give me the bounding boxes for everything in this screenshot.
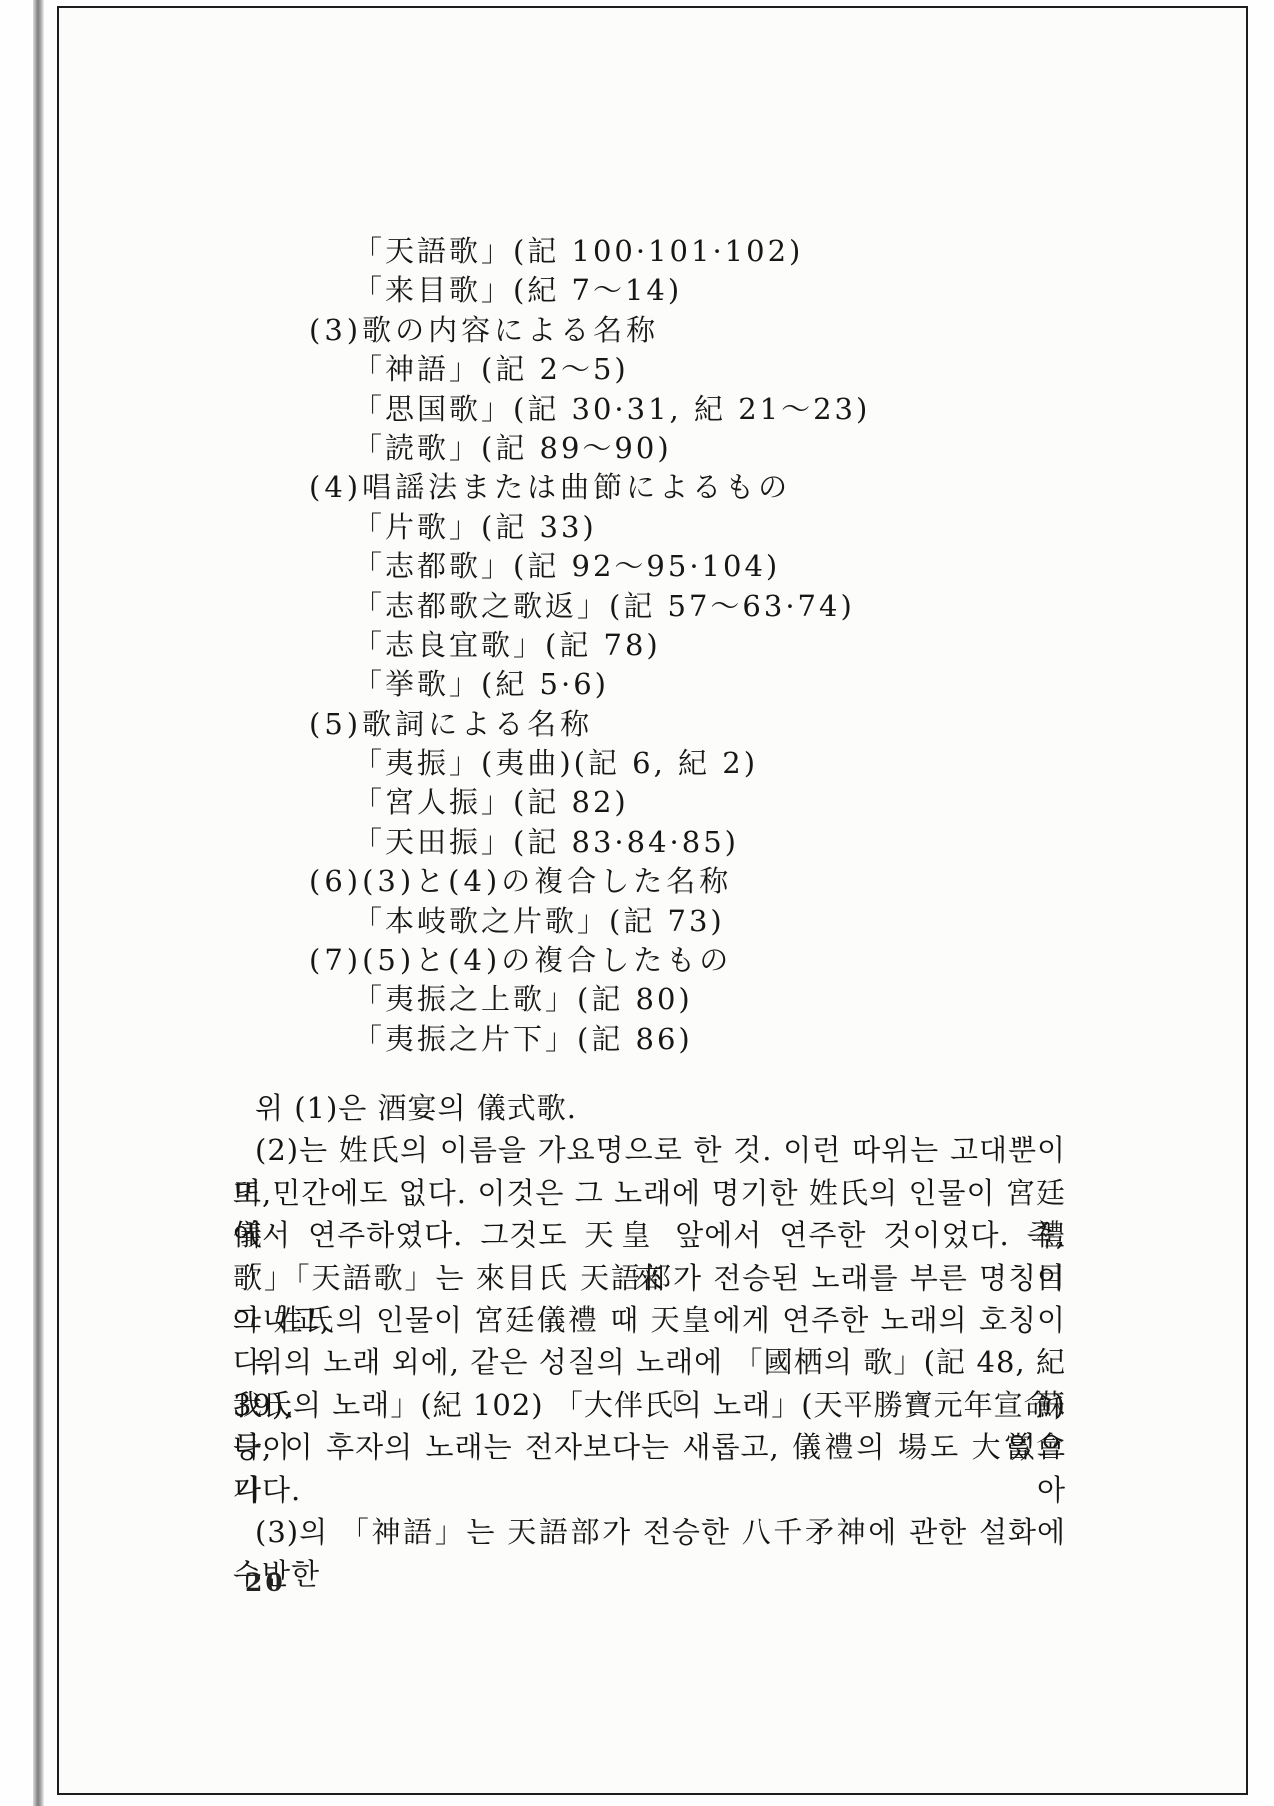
body-text-line: (2)는 姓氏의 이름을 가요명으로 한 것. 이런 따위는 고대뿐이며, — [233, 1129, 1066, 1171]
body-text-line: 그 姓氏의 인물이 宮廷儀禮 때 天皇에게 연주한 노래의 호칭이다. — [233, 1299, 1066, 1341]
song-name-list: 「天語歌」(記 100·101·102) 「来目歌」(紀 7〜14) (3)歌の… — [59, 232, 1246, 1059]
song-list-line: 「来目歌」(紀 7〜14) — [59, 271, 1246, 310]
scanned-book-page: 「天語歌」(記 100·101·102) 「来目歌」(紀 7〜14) (3)歌の… — [0, 0, 1274, 1806]
song-list-line: 「天語歌」(記 100·101·102) — [59, 232, 1246, 271]
song-list-category: (7)(5)と(4)の複合したもの — [59, 941, 1246, 980]
song-list-line: 「志良宜歌」(記 78) — [59, 626, 1246, 665]
body-text-line: 또 민간에도 없다. 이것은 그 노래에 명기한 姓氏의 인물이 宮廷儀禮 — [233, 1172, 1066, 1214]
page: 「天語歌」(記 100·101·102) 「来目歌」(紀 7〜14) (3)歌の… — [57, 6, 1248, 1795]
body-text-line: 歌」「天語歌」는 來目氏 天語部가 전승된 노래를 부른 명칭이 아니고, — [233, 1257, 1066, 1299]
song-list-line: 「夷振之片下」(記 86) — [59, 1020, 1246, 1059]
body-text-line: 에서 연주하였다. 그것도 天皇 앞에서 연주한 것이었다. 즉, 「來目 — [233, 1214, 1066, 1256]
song-list-line: 「本岐歌之片歌」(記 73) — [59, 902, 1246, 941]
song-list-line: 「夷振之上歌」(記 80) — [59, 980, 1246, 1019]
song-list-line: 「挙歌」(紀 5·6) — [59, 665, 1246, 704]
song-list-line: 「天田振」(記 83·84·85) — [59, 823, 1246, 862]
body-text-line: (3)의 「神語」는 天語部가 전승한 八千矛神에 관한 설화에 수반한 — [233, 1511, 1066, 1553]
song-list-line: 「宮人振」(記 82) — [59, 783, 1246, 822]
song-list-category: (4)唱謡法または曲節によるもの — [59, 468, 1246, 507]
body-text-line: 我氏의 노래」(紀 102) 「大伴氏의 노래」(天平勝寶元年宣命) 등이 있으 — [233, 1384, 1066, 1426]
book-spine-edge — [33, 0, 44, 1806]
song-list-category: (5)歌詞による名称 — [59, 705, 1246, 744]
body-text-line: 위 (1)은 酒宴의 儀式歌. — [233, 1087, 1066, 1129]
song-list-category: (3)歌の内容による名称 — [59, 311, 1246, 350]
song-list-line: 「神語」(記 2〜5) — [59, 350, 1246, 389]
song-list-line: 「思国歌」(記 30·31, 紀 21〜23) — [59, 390, 1246, 429]
song-list-line: 「読歌」(記 89〜90) — [59, 429, 1246, 468]
page-number: 20 — [245, 1568, 286, 1597]
song-list-category: (6)(3)と(4)の複合した名称 — [59, 862, 1246, 901]
song-list-line: 「夷振」(夷曲)(記 6, 紀 2) — [59, 744, 1246, 783]
body-text-line: 나, 이 후자의 노래는 전자보다는 새롭고, 儀禮의 場도 大嘗會가 아 — [233, 1426, 1066, 1468]
body-text-line: 위의 노래 외에, 같은 성질의 노래에 「國栖의 歌」(記 48, 紀 39)… — [233, 1341, 1066, 1383]
body-paragraphs: 위 (1)은 酒宴의 儀式歌. (2)는 姓氏의 이름을 가요명으로 한 것. … — [233, 1087, 1066, 1553]
song-list-line: 「志都歌之歌返」(記 57〜63·74) — [59, 587, 1246, 626]
song-list-line: 「志都歌」(記 92〜95·104) — [59, 547, 1246, 586]
song-list-line: 「片歌」(記 33) — [59, 508, 1246, 547]
